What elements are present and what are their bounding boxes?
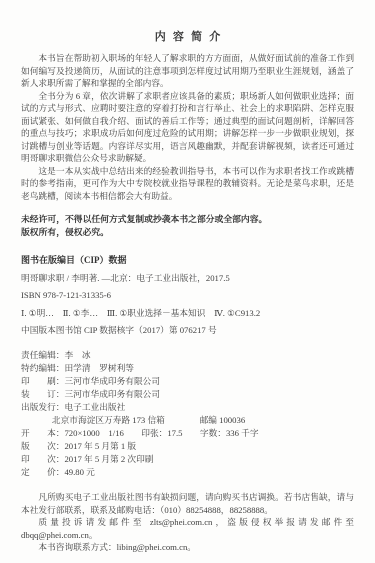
cip-line-title-author: 明哥聊求职 / 李明著. —北京：电子工业出版社，2017.5 [21, 272, 354, 284]
content-summary-section: 本书旨在帮助初入职场的年轻人了解求职的方方面面，从做好面试前的准备工作到如何编写… [21, 52, 354, 202]
colophon-section: 责任编辑：李 冰 特约编辑：田学清 罗树利等 印 刷：三河市华成印务有限公司 装… [21, 349, 354, 479]
purchase-notes-section: 凡所购买电子工业出版社图书有缺损问题，请向购买书店调换。若书店售缺，请与本社发行… [21, 491, 354, 554]
colophon-line-price: 定 价：49.80 元 [21, 466, 354, 479]
colophon-line-format: 开 本：720×1000 1/16 印张：17.5 字数：336 千字 [21, 427, 354, 440]
colophon-line-editor: 责任编辑：李 冰 [21, 349, 354, 362]
colophon-line-publisher: 出版发行：电子工业出版社 [21, 401, 354, 414]
intro-paragraph: 本书旨在帮助初入职场的年轻人了解求职的方方面面，从做好面试前的准备工作到如何编写… [21, 52, 354, 90]
intro-paragraph: 全书分为 6 章，依次讲解了求职者应该具备的素质；职场新人如何做职业选择；面试的… [21, 90, 354, 165]
colophon-line-edition: 版 次：2017 年 5 月第 1 版 [21, 440, 354, 453]
note-contact-email: 本书咨询联系方式：libing@phei.com.cn。 [21, 541, 354, 554]
copyright-warning-line: 版权所有，侵权必究。 [21, 226, 354, 239]
colophon-line-printing: 印 次：2017 年 5 月第 2 次印刷 [21, 453, 354, 466]
cip-line-isbn: ISBN 978-7-121-31335-6 [21, 289, 354, 301]
copyright-warning-line: 未经许可，不得以任何方式复制或抄袭本书之部分或全部内容。 [21, 213, 354, 226]
colophon-line-printer: 印 刷：三河市华成印务有限公司 [21, 375, 354, 388]
intro-paragraph: 这是一本从实战中总结出来的经验教训指导书，本书可以作为求职者找工作或跳槽时的参考… [21, 165, 354, 203]
colophon-line-publisher-address: 北京市海淀区万寿路 173 信箱 邮编 100036 [21, 414, 354, 427]
copyright-warning: 未经许可，不得以任何方式复制或抄袭本书之部分或全部内容。 版权所有，侵权必究。 [21, 213, 354, 238]
colophon-line-binder: 装 订：三河市华成印务有限公司 [21, 388, 354, 401]
book-page: 内容简介 本书旨在帮助初入职场的年轻人了解求职的方方面面，从做好面试前的准备工作… [0, 0, 375, 563]
cip-data-section: 图书在版编目（CIP）数据 明哥聊求职 / 李明著. —北京：电子工业出版社，2… [21, 253, 354, 336]
cip-line-classification: Ⅰ. ①明… Ⅱ. ①李… Ⅲ. ①职业选择－基本知识 Ⅳ. ①C913.2 [21, 307, 354, 319]
page-title: 内容简介 [21, 28, 354, 44]
cip-heading: 图书在版编目（CIP）数据 [21, 253, 354, 266]
note-replacement-policy: 凡所购买电子工业出版社图书有缺损问题，请向购买书店调换。若书店售缺，请与本社发行… [21, 491, 354, 516]
cip-line-record-number: 中国版本图书馆 CIP 数据核字（2017）第 076217 号 [21, 324, 354, 336]
note-complaint-emails: 质量投诉请发邮件至 zlts@phei.com.cn，盗版侵权举报请发邮件至 d… [21, 516, 354, 541]
colophon-line-contributing-editors: 特约编辑：田学清 罗树利等 [21, 362, 354, 375]
